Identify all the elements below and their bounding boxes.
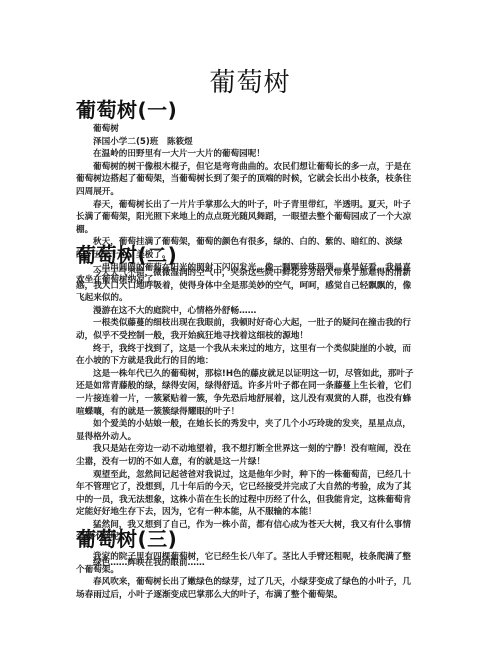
paragraph: 泽国小学二(5)班 陈筱煜 <box>76 136 416 149</box>
paragraph: 葡萄树 <box>76 123 416 136</box>
section-heading-1: 葡萄树(一) <box>76 98 177 122</box>
document-page: 葡萄树 葡萄树(一) 葡萄树 泽国小学二(5)班 陈筱煜 在温岭的田野里有一大片… <box>0 0 500 647</box>
paragraph: 漫游在这不大的庭院中，心情格外舒畅…… <box>76 305 416 318</box>
paragraph: 我只是站在旁边一动不动地望着，我不想打断全世界这一刻的宁静！没有喧闹，没在尘嚣，… <box>76 443 416 468</box>
paragraph: 观望至此，忽然间记起爸爸对我说过，这是他年少时，种下的一株葡萄苗，已经几十年不管… <box>76 469 416 519</box>
paragraph: 一根类似藤蔓的细枝出现在我眼前，我顿时好奇心大起，一肚子的疑问在撞击我的行动，似… <box>76 317 416 342</box>
paragraph: 我家的院子里有四棵葡萄树，它已经生长八年了。茎比人手臂还粗呢，枝条爬满了整个葡萄… <box>76 551 416 576</box>
section-heading-3: 葡萄树(三) <box>76 527 177 551</box>
paragraph: 春天，葡萄树长出了一片片手掌那么大的叶子，叶子青里带红，半透明。夏天，叶子长满了… <box>76 199 416 237</box>
paragraph: 终于，我终于找到了，这是一个我从未来过的地方，这里有一个类似陡崖的小坡，而在小坡… <box>76 343 416 368</box>
section-body-3: 我家的院子里有四棵葡萄树，它已经生长八年了。茎比人手臂还粗呢，枝条爬满了整个葡萄… <box>76 551 416 601</box>
paragraph: 春风吹来，葡萄树长出了嫩绿色的绿芽，过了几天，小绿芽变成了绿色的小叶子，几场春雨… <box>76 576 416 601</box>
paragraph: 如个爱美的小姑娘一般，在她长长的秀发中，夹了几个小巧玲珑的发夹，星星点点，显得格… <box>76 418 416 443</box>
section-heading-2: 葡萄树(二) <box>76 243 177 267</box>
paragraph: 这是一株年代已久的葡萄树，那棕!H色的藤皮就足以证明这一切，尽管如此，那叶子还是… <box>76 368 416 418</box>
page-title: 葡萄树 <box>0 68 500 98</box>
paragraph: 在温岭的田野里有一大片一大片的葡萄园呢！ <box>76 148 416 161</box>
paragraph: 今天天气不错，微微湿润的空气中，夹杂这些院中鲜花芬芳给人带来了那难得的清新感，我… <box>76 267 416 305</box>
section-body-2: 今天天气不错，微微湿润的空气中，夹杂这些院中鲜花芬芳给人带来了那难得的清新感，我… <box>76 267 416 569</box>
paragraph: 葡萄树的树干像根木棍子，但它是弯弯曲曲的。农民们想让葡萄长的多一点，于是在葡萄树… <box>76 161 416 199</box>
